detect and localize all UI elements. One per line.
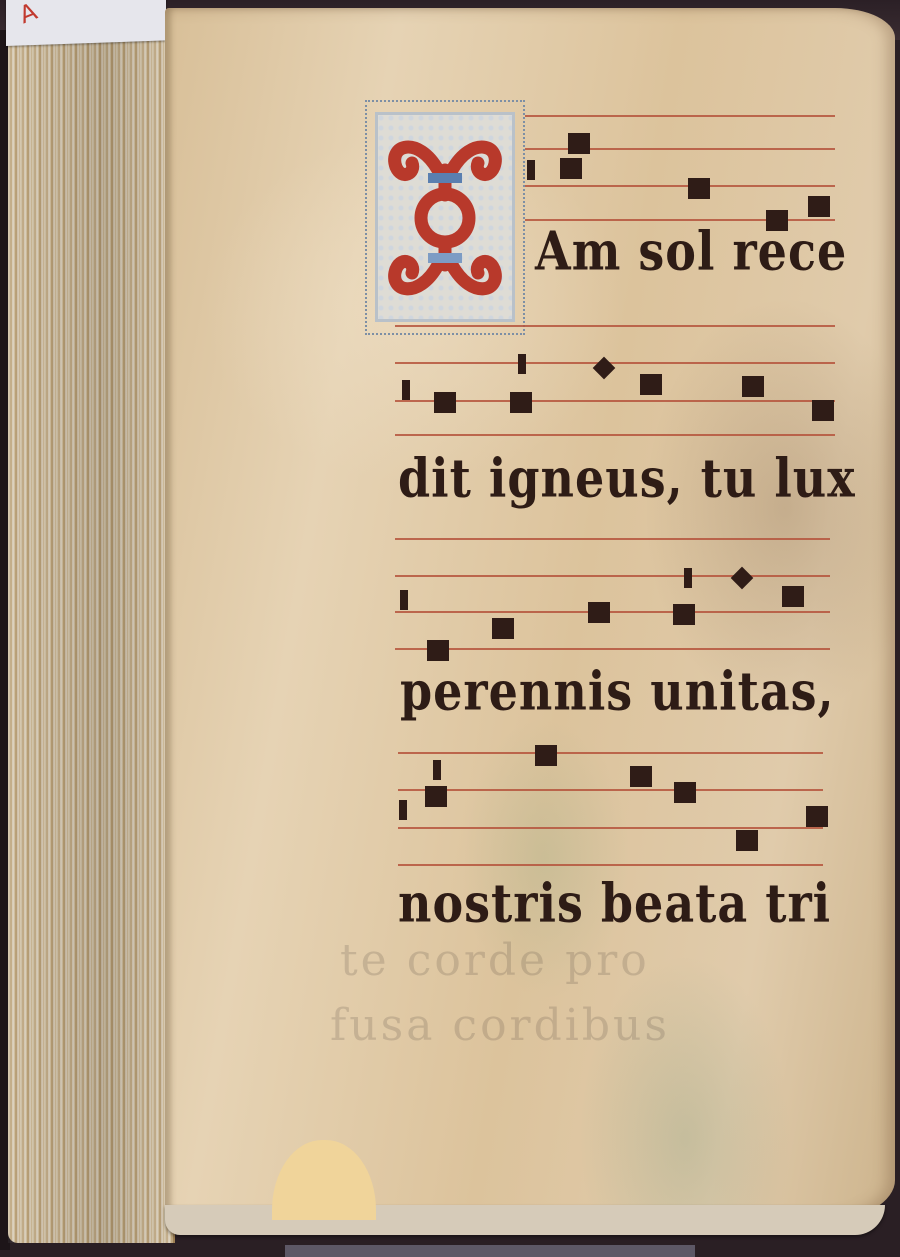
note — [688, 178, 710, 199]
c-clef — [400, 590, 408, 610]
illuminated-initial — [375, 112, 515, 322]
staff-3 — [395, 538, 830, 653]
note — [640, 374, 662, 395]
note — [808, 196, 830, 217]
note — [806, 806, 828, 827]
c-clef — [527, 160, 535, 180]
note — [674, 782, 696, 803]
support-tab — [285, 1245, 695, 1257]
note — [568, 133, 590, 154]
initial-letter-icon — [378, 115, 512, 319]
staff-4 — [398, 752, 823, 867]
lyric-line-3: perennis unitas, — [400, 660, 835, 722]
note — [433, 760, 441, 780]
bleed-through-line-1: te corde pro — [340, 935, 650, 986]
note — [684, 568, 692, 588]
stacked-page-edges — [8, 28, 175, 1243]
c-clef — [402, 380, 410, 400]
note — [812, 400, 834, 421]
note — [673, 604, 695, 625]
note — [425, 786, 447, 807]
corner-label-card: A — [6, 0, 166, 46]
note — [588, 602, 610, 623]
lyric-line-2: dit igneus, tu lux — [398, 447, 856, 509]
note — [630, 766, 652, 787]
note — [492, 618, 514, 639]
lyric-line-1: Am sol rece — [535, 220, 847, 282]
note — [560, 158, 582, 179]
staff-2 — [395, 362, 835, 442]
note — [535, 745, 557, 766]
c-clef — [399, 800, 407, 820]
bleed-through-line-2: fusa cordibus — [330, 1000, 670, 1051]
note — [518, 354, 526, 374]
lyric-line-4: nostris beata tri — [398, 872, 831, 934]
note — [782, 586, 804, 607]
note — [427, 640, 449, 661]
staff-1-bottom-rule — [395, 325, 835, 329]
note — [510, 392, 532, 413]
note — [742, 376, 764, 397]
note — [736, 830, 758, 851]
corner-mark: A — [16, 0, 41, 29]
note — [434, 392, 456, 413]
manuscript-photo: A te corde pro fusa cordibus — [0, 0, 900, 1257]
